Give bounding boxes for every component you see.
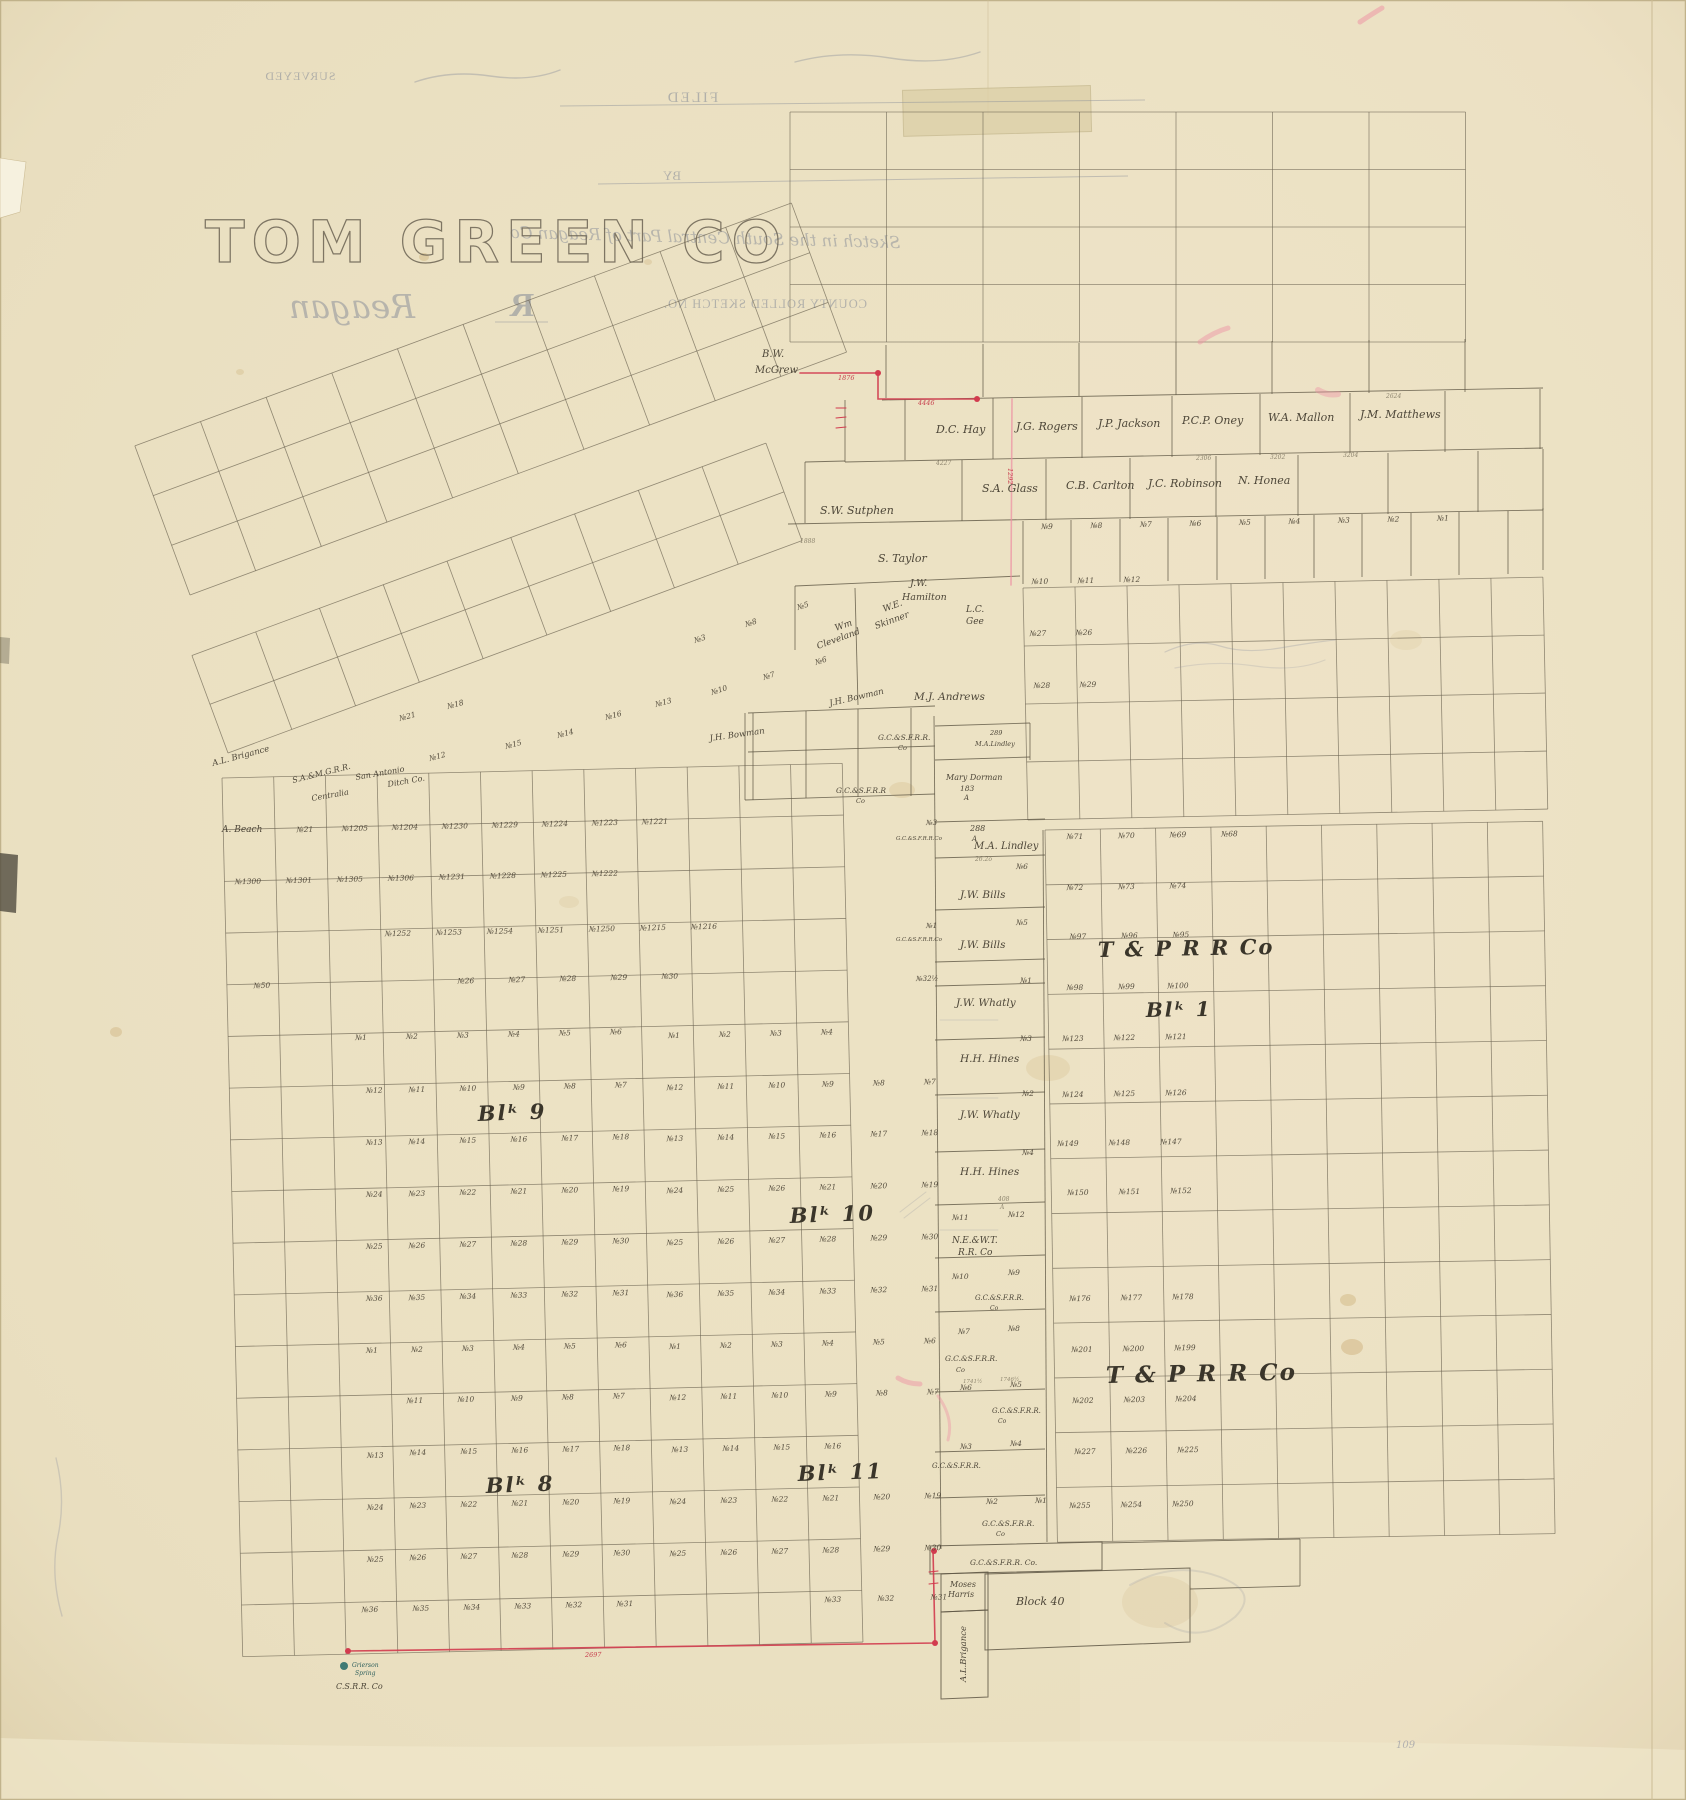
owner-name-label: N. Honea: [1237, 474, 1290, 487]
lot-number: №32: [564, 1600, 582, 1609]
lot-number: №5: [563, 1341, 576, 1350]
lot-number: №1216: [690, 922, 718, 932]
red-corner-dot: [974, 396, 980, 402]
lot-number: №149: [1056, 1139, 1079, 1148]
lot-number: №5: [1009, 1380, 1022, 1389]
lot-number: №8: [1089, 521, 1102, 530]
lot-number: №5: [558, 1028, 571, 1037]
owner-name-label: L.C.: [965, 605, 984, 615]
lot-number: №21: [818, 1182, 836, 1191]
lot-number: №1305: [336, 874, 364, 884]
lot-number: №26: [720, 1548, 738, 1557]
lot-number: №23: [408, 1189, 426, 1198]
lot-number: №4: [821, 1338, 834, 1347]
spring-label: Spring: [355, 1670, 376, 1677]
lot-number: №10: [951, 1272, 969, 1281]
lot-number: №26: [717, 1237, 735, 1246]
owner-name-label: J.M. Matthews: [1358, 408, 1441, 421]
stain: [1341, 1339, 1363, 1355]
lot-number: №2: [719, 1341, 732, 1350]
lot-number: №30: [612, 1548, 630, 1557]
lot-number: №12: [1007, 1210, 1025, 1219]
small-parcel-label: G.C.&S.F.R.R. Co.: [970, 1558, 1037, 1567]
lot-number: №250: [1171, 1499, 1194, 1508]
small-parcel-label: Harris: [947, 1590, 974, 1599]
lot-number: №1: [354, 1033, 367, 1042]
lot-number: №17: [560, 1133, 578, 1142]
lot-number: №11: [408, 1085, 426, 1094]
lot-number: №1: [365, 1346, 378, 1355]
lot-number: №25: [365, 1242, 383, 1251]
lot-number: №2: [1021, 1089, 1034, 1098]
lot-number: №1: [1034, 1496, 1047, 1505]
lot-number: №5: [872, 1337, 885, 1346]
lot-number: №13: [365, 1138, 383, 1147]
lot-number: №34: [459, 1292, 477, 1301]
block-label: Blᵏ 9: [476, 1099, 546, 1126]
block-label: Blᵏ 10: [788, 1200, 875, 1228]
owner-name-label: C.B. Carlton: [1066, 479, 1134, 492]
lot-number: №32: [869, 1285, 887, 1294]
lot-number: №19: [612, 1496, 630, 1505]
grierson-spring-marker: [340, 1662, 348, 1670]
pencil-note: 109: [1396, 1740, 1416, 1751]
lot-number: №147: [1159, 1137, 1182, 1146]
small-parcel-label: M.A.Lindley: [974, 740, 1015, 748]
lot-number: №177: [1120, 1293, 1143, 1302]
lot-number: №204: [1174, 1394, 1197, 1403]
small-parcel-label: Co: [990, 1305, 999, 1312]
lot-number: №254: [1120, 1500, 1143, 1509]
survey-measure-number: 3204: [1343, 452, 1358, 459]
owner-name-label: J.W. Whatly: [954, 997, 1017, 1009]
lot-number: №7: [1139, 520, 1152, 529]
red-survey-number: 1292: [1006, 468, 1014, 485]
lot-number: №10: [767, 1080, 785, 1089]
lot-number: №28: [509, 1238, 527, 1247]
ink-blot: [0, 853, 18, 913]
lot-number: №30: [660, 972, 678, 981]
lot-number: №12: [365, 1086, 383, 1095]
owner-name-label: C.S.R.R. Co: [336, 1682, 383, 1691]
lot-number: №123: [1061, 1034, 1084, 1043]
lot-number: №8: [561, 1392, 574, 1401]
lot-number: №126: [1164, 1088, 1187, 1097]
lot-number: №9: [821, 1079, 834, 1088]
red-corner-dot: [932, 1640, 938, 1646]
lot-number: №255: [1068, 1501, 1091, 1510]
lot-number: №29: [1079, 680, 1097, 689]
owner-name-label: W.A. Mallon: [1268, 411, 1334, 424]
lot-number: №20: [872, 1492, 890, 1501]
lot-number: №14: [722, 1444, 740, 1453]
lot-number: №23: [720, 1496, 738, 1505]
lot-number: №50: [253, 981, 271, 990]
owner-name-label: A.L.Brigance: [959, 1626, 969, 1683]
scanned-survey-map-page: FILED SURVEYED BY Sketch in the South Ce…: [0, 0, 1686, 1800]
lot-number: №22: [459, 1188, 477, 1197]
lot-number: №32: [877, 1594, 895, 1603]
lot-number: №152: [1169, 1186, 1192, 1195]
small-parcel-label: 183: [960, 784, 975, 793]
lot-number: №227: [1073, 1447, 1096, 1456]
lot-number: №30: [920, 1232, 938, 1241]
stain: [1026, 1055, 1070, 1081]
lot-number: №22: [770, 1494, 788, 1503]
lot-number: №27: [460, 1552, 478, 1561]
owner-name-label: B.W.: [761, 349, 784, 360]
lot-number: №97: [1069, 932, 1087, 941]
lot-number: №25: [366, 1555, 384, 1564]
lot-number: №72: [1066, 883, 1084, 892]
lot-number: №151: [1118, 1187, 1141, 1196]
paper-bottom-deckle: [0, 1738, 1686, 1800]
lot-number: №20: [561, 1497, 579, 1506]
owner-name-label: R.R. Co: [957, 1248, 993, 1258]
lot-number: №28: [558, 974, 576, 983]
lot-number: №31: [920, 1284, 938, 1293]
tom-green-county-rolled-sketch: FILED SURVEYED BY Sketch in the South Ce…: [0, 0, 1686, 1800]
lot-number: №15: [459, 1136, 477, 1145]
lot-number: №31: [611, 1288, 629, 1297]
red-survey-number: 2697: [584, 1651, 603, 1659]
lot-number: №2: [405, 1032, 418, 1041]
lot-number: №35: [408, 1293, 426, 1302]
lot-number: №1224: [541, 819, 569, 829]
lot-number: №35: [412, 1604, 430, 1613]
lot-number: №23: [409, 1501, 427, 1510]
lot-number: №100: [1166, 981, 1189, 990]
bleed-rolled-sketch-label: COUNTY ROLLED SKETCH NO.: [663, 297, 867, 311]
small-parcel-label: G.C.&S.F.R.R.: [992, 1407, 1041, 1415]
lot-number: №36: [365, 1294, 383, 1303]
lot-number: №28: [821, 1545, 839, 1554]
survey-measure-number: 3202: [1270, 454, 1285, 461]
lot-number: №33: [824, 1595, 842, 1604]
lot-number: №18: [612, 1443, 630, 1452]
lot-number: №3: [925, 819, 938, 827]
lot-number: №28: [510, 1550, 528, 1559]
paper-light-band: [1080, 0, 1686, 1800]
lot-number: №29: [872, 1544, 890, 1553]
lot-number: №3: [770, 1340, 783, 1349]
lot-number: №4: [1287, 517, 1300, 526]
owner-name-label: McGrew: [754, 365, 799, 376]
lot-number: №7: [923, 1077, 936, 1086]
lot-number: №11: [717, 1082, 735, 1091]
spring-label: Grierson: [352, 1662, 379, 1669]
small-parcel-label: G.C.&S.F.R.R.Co: [896, 937, 943, 943]
lot-number: №11: [951, 1213, 969, 1222]
lot-number: №27: [1029, 629, 1047, 638]
lot-number: №21: [821, 1493, 839, 1502]
survey-measure-number: 4227: [935, 460, 951, 467]
lot-number: №12: [666, 1083, 684, 1092]
small-parcel-label: Co: [998, 1418, 1007, 1425]
lot-number: №25: [666, 1238, 684, 1247]
owner-name-label: J.W. Whatly: [958, 1109, 1021, 1121]
lot-number: №33: [818, 1286, 836, 1295]
lot-number: №16: [510, 1445, 528, 1454]
lot-number: №26: [409, 1553, 427, 1562]
lot-number: №18: [920, 1128, 938, 1137]
lot-number: №3: [461, 1344, 474, 1353]
lot-number: №1250: [588, 924, 616, 934]
small-parcel-label: Co: [996, 1530, 1005, 1538]
lot-number: №124: [1061, 1090, 1084, 1099]
survey-measure-number: 1888: [800, 538, 815, 545]
owner-name-label: Block 40: [1015, 1595, 1065, 1608]
lot-number: №13: [671, 1445, 689, 1454]
lot-number: №1253: [435, 928, 463, 938]
owner-name-label: D.C. Hay: [935, 423, 986, 436]
lot-number: №11: [406, 1396, 424, 1405]
lot-number: №9: [512, 1083, 525, 1092]
lot-number: №122: [1113, 1033, 1136, 1042]
lot-number: №19: [923, 1491, 941, 1500]
lot-number: №3: [1019, 1034, 1032, 1043]
lot-number: №1228: [489, 871, 517, 881]
survey-measure-number: 408: [997, 1196, 1010, 1203]
lot-number: №1: [667, 1031, 680, 1040]
lot-number: №28: [818, 1234, 836, 1243]
lot-number: №13: [666, 1134, 684, 1143]
owner-name-label: M.J. Andrews: [913, 691, 985, 703]
lot-number: №70: [1117, 831, 1135, 840]
lot-number: №8: [563, 1081, 576, 1090]
owner-name-label: Gee: [966, 617, 984, 627]
lot-number: №6: [923, 1336, 936, 1345]
lot-number: №30: [611, 1236, 629, 1245]
red-corner-dot: [345, 1648, 351, 1654]
lot-number: №14: [409, 1448, 427, 1457]
stain: [236, 369, 244, 375]
lot-number: №28: [1033, 681, 1051, 690]
owner-name-label: J.C. Robinson: [1146, 477, 1222, 490]
lot-number: №2: [410, 1345, 423, 1354]
lot-number: №74: [1169, 881, 1187, 890]
small-parcel-label: Mary Dorman: [945, 773, 1002, 782]
lot-number: №1221: [641, 817, 668, 827]
lot-number: №199: [1173, 1343, 1196, 1352]
lot-number: №1306: [387, 873, 415, 883]
lot-number: №1251: [537, 925, 564, 935]
lot-number: №1225: [540, 870, 568, 880]
lot-number: №125: [1113, 1089, 1136, 1098]
lot-number: №69: [1169, 830, 1187, 839]
block-label: T & P R R Co: [1106, 1359, 1298, 1389]
lot-number: №4: [1021, 1148, 1034, 1157]
tape-patch: [902, 85, 1091, 136]
lot-number: №33: [513, 1601, 531, 1610]
lot-number: №203: [1123, 1395, 1146, 1404]
lot-number: №19: [920, 1180, 938, 1189]
lot-number: №11: [1077, 576, 1095, 585]
lot-number: №1254: [486, 926, 514, 936]
lot-number: №19: [611, 1184, 629, 1193]
lot-number: №7: [612, 1391, 625, 1400]
lot-number: №13: [366, 1451, 384, 1460]
small-parcel-label: Co: [898, 744, 907, 752]
lot-number: №3: [1337, 516, 1350, 525]
lot-number: №202: [1071, 1396, 1094, 1405]
ink-smudge: [0, 637, 10, 664]
bleed-by-label: BY: [662, 168, 681, 183]
lot-number: №10: [770, 1390, 788, 1399]
lot-number: №3: [769, 1029, 782, 1038]
lot-number: №7: [614, 1080, 627, 1089]
lot-number: №178: [1171, 1292, 1194, 1301]
owner-name-label: S. Taylor: [878, 552, 928, 565]
red-survey-number: 4446: [917, 399, 935, 407]
lot-number: №25: [669, 1549, 687, 1558]
survey-measure-number: 26.2o: [974, 856, 992, 863]
small-parcel-label: G.C.&S.F.R.R.: [878, 733, 930, 742]
lot-number: №25: [717, 1185, 735, 1194]
lot-number: №6: [959, 1383, 972, 1392]
lot-number: №12: [669, 1393, 687, 1402]
owner-name-label: Hamilton: [901, 592, 947, 603]
lot-number: №148: [1108, 1138, 1131, 1147]
lot-number: №5: [1238, 518, 1251, 527]
lot-number: №9: [824, 1389, 837, 1398]
lot-number: №68: [1220, 829, 1238, 838]
lot-number: №9: [1007, 1268, 1020, 1277]
stain: [1340, 1294, 1356, 1306]
lot-number: №7: [957, 1327, 970, 1336]
lot-number: №225: [1176, 1445, 1199, 1454]
block-label: Blᵏ 1: [1145, 997, 1212, 1022]
lot-number: №14: [408, 1137, 426, 1146]
lot-number: №21: [509, 1186, 527, 1195]
lot-number: №1: [668, 1342, 681, 1351]
small-parcel-label: 289: [989, 729, 1002, 737]
stain: [110, 1027, 122, 1037]
lot-number: №30: [923, 1543, 941, 1552]
lot-number: №5: [1015, 918, 1028, 927]
lot-number: №20: [560, 1185, 578, 1194]
lot-number: №99: [1117, 982, 1135, 991]
lot-number: №15: [772, 1442, 790, 1451]
lot-number: №2: [718, 1030, 731, 1039]
lot-number: №2: [985, 1497, 998, 1506]
survey-measure-number: 2624: [1385, 393, 1401, 400]
lot-number: №4: [512, 1343, 525, 1352]
owner-name-label: J.W. Bills: [958, 889, 1006, 901]
lot-number: №14: [717, 1133, 735, 1142]
lot-number: №21: [510, 1498, 528, 1507]
survey-measure-number: 2306: [1195, 455, 1211, 462]
owner-name-label: J.P. Jackson: [1096, 417, 1160, 430]
owner-name-label: J.W. Bills: [958, 939, 1006, 951]
small-parcel-label: G.C.&S.F.R.R.: [945, 1354, 997, 1363]
stain: [559, 896, 579, 908]
lot-number: №29: [560, 1237, 578, 1246]
lot-number: №1300: [234, 877, 262, 887]
lot-number: №1205: [341, 824, 369, 834]
block-label: Blᵏ 11: [796, 1458, 883, 1486]
lot-number: №6: [1188, 519, 1201, 528]
owner-name-label: J.W.: [908, 578, 927, 589]
lot-number: №26: [456, 976, 474, 985]
lot-number: №1215: [639, 923, 667, 933]
lot-number: №3: [456, 1031, 469, 1040]
lot-number: №26: [408, 1241, 426, 1250]
lot-number: №9: [510, 1394, 523, 1403]
lot-number: №36: [361, 1605, 379, 1614]
lot-number: №73: [1117, 882, 1135, 891]
lot-number: №8: [1007, 1324, 1020, 1333]
lot-number: №226: [1125, 1446, 1148, 1455]
lot-number: №21: [296, 825, 314, 834]
lot-number: №34: [462, 1602, 480, 1611]
lot-number: №17: [869, 1129, 887, 1138]
owner-name-label: A. Beach: [221, 825, 262, 835]
small-parcel-label: 288: [969, 824, 985, 833]
small-parcel-label: Co: [856, 797, 865, 805]
lot-number: №9: [1040, 522, 1053, 531]
lot-number: №16: [818, 1130, 836, 1139]
county-title: TOM GREEN CO: [205, 208, 788, 276]
lot-number: №34: [767, 1287, 785, 1296]
lot-number: №4: [1009, 1439, 1022, 1448]
red-survey-number: 1876: [838, 374, 855, 382]
small-parcel-label: A: [963, 794, 969, 802]
small-parcel-label: Moses: [949, 1580, 976, 1589]
bleed-surveyed-label: SURVEYED: [264, 69, 335, 83]
owner-name-label: H.H. Hines: [959, 1053, 1020, 1065]
lot-number: №6: [1015, 862, 1028, 871]
lot-number: №1: [925, 922, 937, 930]
owner-name-label: J.G. Rogers: [1014, 420, 1078, 433]
small-parcel-label: G.C.&S.F.R.R.: [932, 1462, 981, 1470]
lot-number: №27: [507, 975, 525, 984]
lot-number: №4: [820, 1027, 833, 1036]
owner-name-label: H.H. Hines: [959, 1166, 1020, 1178]
small-parcel-label: Co: [956, 1366, 965, 1374]
lot-number: №1223: [591, 818, 619, 828]
lot-number: №22: [460, 1500, 478, 1509]
lot-number: №27: [770, 1546, 788, 1555]
lot-number: №11: [720, 1392, 738, 1401]
bleed-big-word: Reagan: [289, 287, 416, 326]
lot-number: №201: [1070, 1345, 1093, 1354]
lot-number: №10: [1031, 577, 1049, 586]
lot-number: №7: [926, 1387, 939, 1396]
lot-number: №32: [560, 1289, 578, 1298]
lot-number: №1231: [438, 872, 465, 882]
lot-number: №2: [1386, 515, 1399, 524]
owner-name-label: N.E.&W.T.: [951, 1236, 998, 1246]
lot-number: №1: [1019, 976, 1032, 985]
lot-number: №1222: [591, 869, 619, 879]
lot-number: №24: [666, 1186, 684, 1195]
lot-number: №27: [459, 1240, 477, 1249]
owner-name-label: P.C.P. Oney: [1181, 414, 1244, 427]
lot-number: №29: [869, 1233, 887, 1242]
lot-number: №1: [1436, 514, 1449, 523]
lot-number: №24: [366, 1503, 384, 1512]
lot-number: №24: [669, 1497, 687, 1506]
owner-name-label: S.W. Sutphen: [820, 504, 894, 517]
owner-name-label: M.A. Lindley: [973, 841, 1039, 852]
lot-number: №31: [615, 1599, 633, 1608]
lot-number: №26: [1075, 628, 1093, 637]
lot-number: №71: [1066, 832, 1084, 841]
lot-number: №1252: [384, 929, 412, 939]
lot-number: №8: [875, 1388, 888, 1397]
lot-number: №18: [611, 1132, 629, 1141]
